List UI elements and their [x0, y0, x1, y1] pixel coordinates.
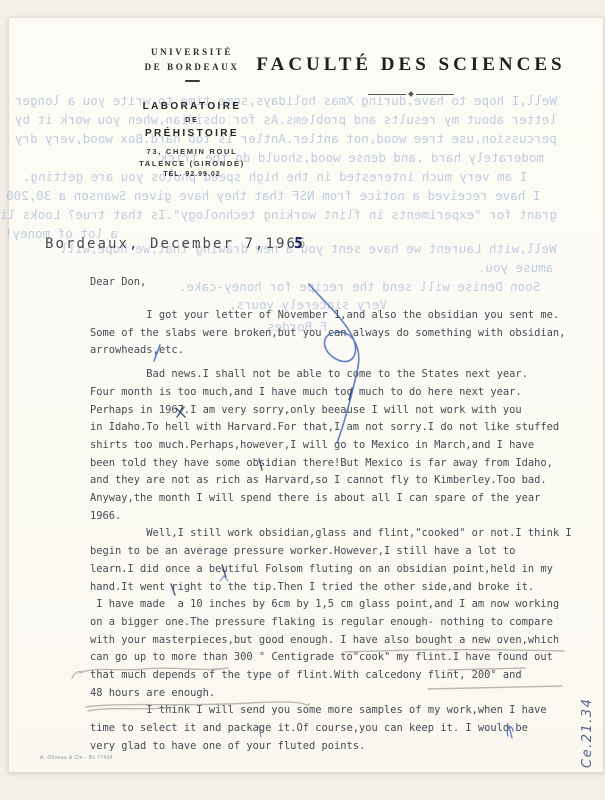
- bleedthrough-line: I am very much interested in the high sp…: [23, 171, 527, 184]
- ornament-line-left: [368, 94, 406, 95]
- body-line: Some of the slabs were broken,but you ca…: [90, 325, 572, 343]
- bleedthrough-line: I have received a notice from NSF that t…: [0, 190, 540, 203]
- body-line: 48 hours are enough.: [90, 685, 572, 703]
- body-line: I got your letter of November 1,and also…: [90, 307, 572, 325]
- bleedthrough-line: amuse you.: [478, 262, 553, 275]
- body-line: that much depends of the type of flint.W…: [90, 667, 572, 685]
- body-line: been told they have some obsidian there!…: [90, 455, 572, 473]
- body-line: Anyway,the month I will spend there is a…: [90, 490, 572, 508]
- laboratory-name-line2: DE: [112, 117, 272, 124]
- body-line: arrowheads,etc.: [90, 342, 572, 360]
- address-telephone: TÉL. 92.99.02: [112, 171, 272, 178]
- body-line: I think I will send you some more sample…: [90, 702, 572, 720]
- scanned-letter-page: Well,I hope to have,during Xmas holidays…: [0, 0, 605, 800]
- body-line: Perhaps in 1967.I am very sorry,only bee…: [90, 402, 572, 420]
- laboratory-name-line3: PRÉHISTOIRE: [112, 129, 272, 139]
- ornament-line-right: [416, 94, 454, 95]
- body-line: time to select it and package it.Of cour…: [90, 720, 572, 738]
- date-line: Bordeaux, December 7,1966: [45, 236, 307, 252]
- body-line: with your masterpieces,but good enough. …: [90, 632, 572, 650]
- body-line: can go up to more than 300 ° Centigrade …: [90, 649, 572, 667]
- body-line: begin to be an average pressure worker.H…: [90, 543, 572, 561]
- bleedthrough-line: letter about my results and problems.As …: [15, 114, 557, 127]
- date-text: Bordeaux, December 7,196: [45, 236, 297, 252]
- body-line: very glad to have one of your fluted poi…: [90, 738, 572, 756]
- letterhead-divider-dash: [185, 80, 200, 82]
- body-line: Four month is too much,and I have much t…: [90, 384, 572, 402]
- address-street: 73, CHEMIN ROUL: [112, 148, 272, 156]
- body-line: learn.I did once a beutiful Folsom fluti…: [90, 561, 572, 579]
- salutation: Dear Don,: [90, 276, 146, 288]
- body-line: I have made a 10 inches by 6cm by 1,5 cm…: [90, 596, 572, 614]
- bleedthrough-line: percussion,use tree wood,not antler.Antl…: [15, 133, 557, 146]
- ornament-diamond: [408, 91, 414, 97]
- bleedthrough-line: grant for "experiments in flint working …: [0, 209, 557, 222]
- bleedthrough-line: Well,I hope to have,during Xmas holidays…: [15, 95, 557, 108]
- body-line: Well,I still work obsidian,glass and fli…: [90, 525, 572, 543]
- body-line: hand.It went right to the tip.Then I tri…: [90, 579, 572, 597]
- body-line: shirts too much.Perhaps,however,I will g…: [90, 437, 572, 455]
- letter-body: I got your letter of November 1,and also…: [90, 307, 572, 756]
- faculty-title: FACULTÉ DES SCIENCES: [233, 54, 589, 76]
- laboratory-name-line1: LABORATOIRE: [112, 102, 272, 112]
- archival-code-handwriting: Ce.21.34: [580, 648, 602, 768]
- body-line: Bad news.I shall not be able to come to …: [90, 366, 572, 384]
- divider-ornament: [368, 92, 454, 96]
- body-line: in Idaho.To hell with Harvard.For that,I…: [90, 419, 572, 437]
- body-line: and they are not as rich as Harvard,so I…: [90, 472, 572, 490]
- printer-imprint: A. Oliveau & Cie - Bx 77434: [40, 755, 113, 761]
- date-ink-correction: 5: [293, 234, 303, 253]
- address-city: TALENCE (GIRONDE): [112, 160, 272, 168]
- margin-note-wrap: Ce.21.34: [580, 648, 602, 768]
- body-line: on a bigger one.The pressure flaking is …: [90, 614, 572, 632]
- body-line: 1966.: [90, 508, 572, 526]
- bleedthrough-line: Soon Denise will send the recipe for hon…: [179, 281, 540, 294]
